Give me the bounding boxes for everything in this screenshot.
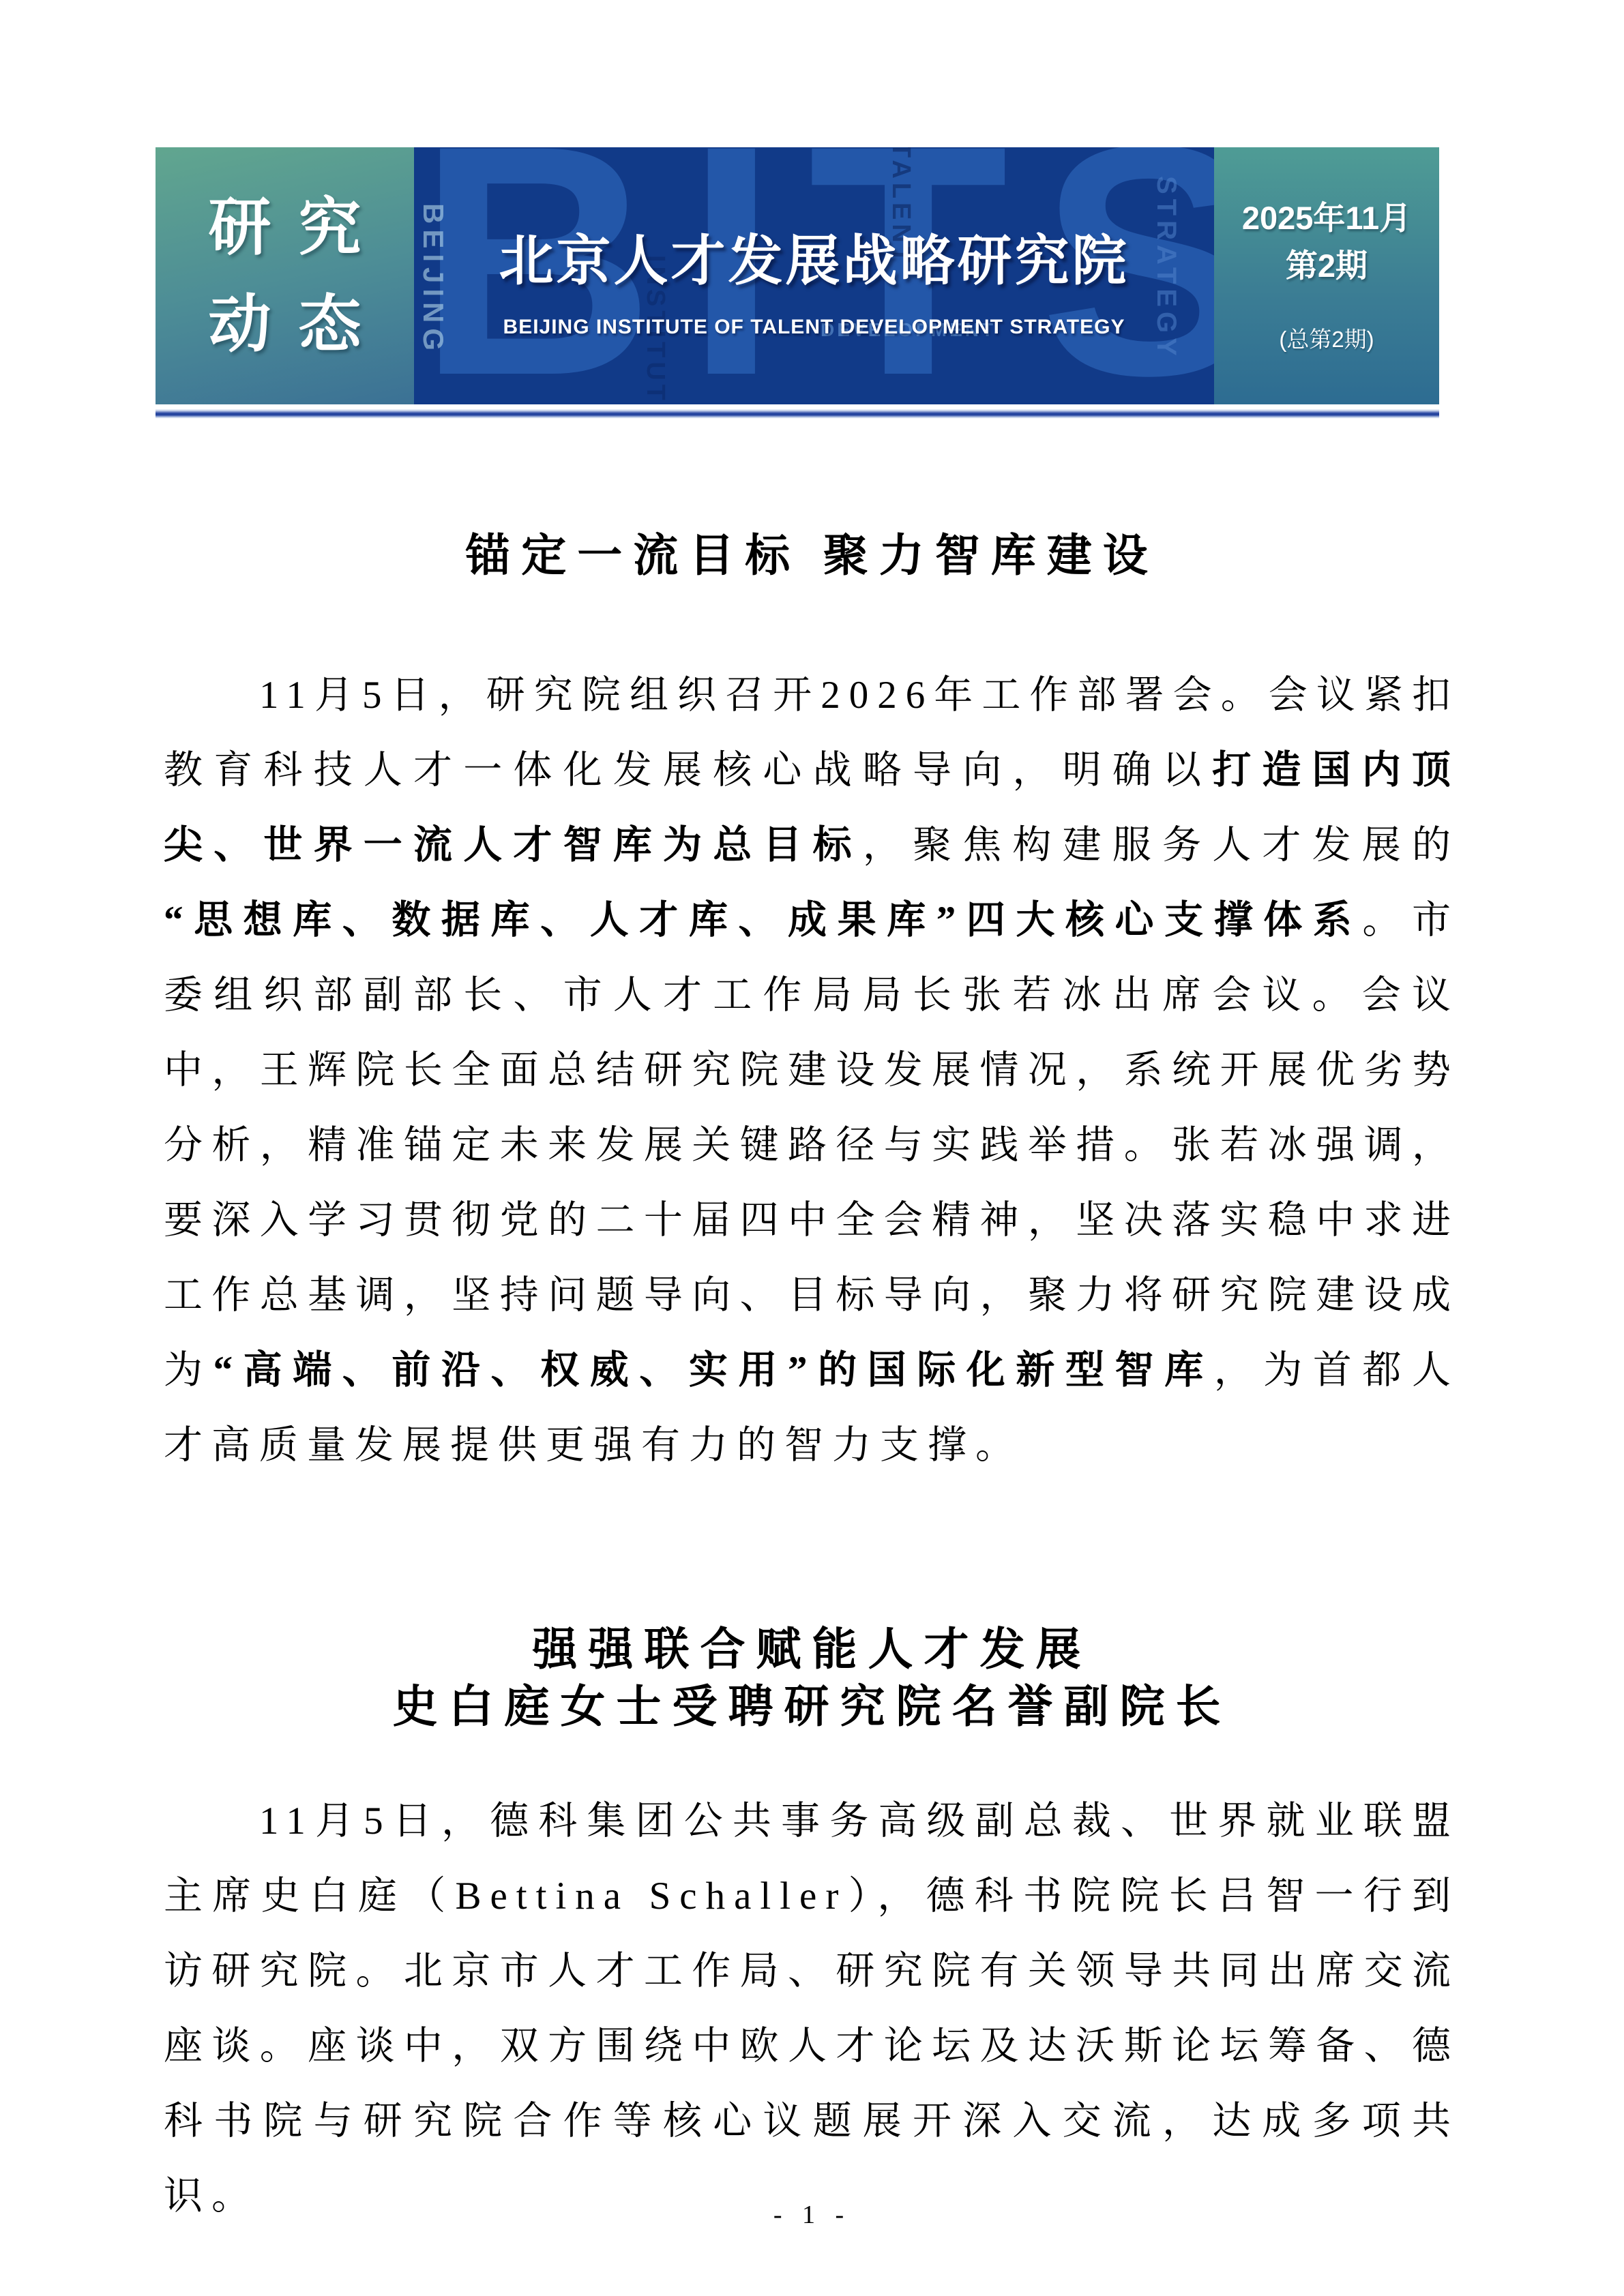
masthead-block: 研究 动态 [156, 147, 414, 404]
article1-paragraph: 11月5日，研究院组织召开2026年工作部署会。会议紧扣教育科技人才一体化发展核… [164, 658, 1460, 1483]
text-run: ，聚焦构建服务人才发展的 [863, 824, 1460, 867]
page-number: - 1 - [0, 2200, 1624, 2230]
article2-title-line1: 强强联合赋能人才发展 [533, 1625, 1092, 1675]
article2-title: 强强联合赋能人才发展史白庭女士受聘研究院名誉副院长 [0, 1622, 1624, 1736]
institute-banner: BITS BEIJING INSTITUTE TALENT STRATEGY D… [414, 147, 1214, 404]
issue-total-number: (总第2期) [1279, 322, 1374, 354]
article2-title-line2: 史白庭女士受聘研究院名誉副院长 [393, 1682, 1232, 1732]
masthead-line-1: 研究 [181, 179, 388, 276]
masthead-line-2: 动态 [181, 276, 388, 373]
newsletter-page: { "header": { "masthead": { "line1": "研究… [0, 0, 1624, 2296]
masthead-header: 研究 动态 BITS BEIJING INSTITUTE TALENT STRA… [156, 147, 1439, 404]
strategy-vertical-watermark: STRATEGY [1151, 176, 1181, 361]
bold-text-run: “思想库、数据库、人才库、成果库”四大核心支撑体系 [164, 899, 1362, 942]
issue-date: 2025年11月 [1242, 198, 1411, 239]
bold-text-run: “高端、前沿、权威、实用”的国际化新型智库 [213, 1349, 1214, 1392]
text-run: 。市委组织部副部长、市人才工作局局长张若冰出席会议。会议中，王辉院长全面总结研究… [164, 899, 1460, 1392]
header-divider-stripe [156, 409, 1439, 419]
issue-number: 第2期 [1286, 245, 1368, 286]
article1-title: 锚定一流目标 聚力智库建设 [0, 529, 1624, 584]
beijing-vertical-watermark: BEIJING [417, 203, 449, 356]
article2-paragraph: 11月5日，德科集团公共事务高级副总裁、世界就业联盟主席史白庭（Bettina … [164, 1784, 1460, 2234]
text-run: 11月5日，德科集团公共事务高级副总裁、世界就业联盟主席史白庭（Bettina … [164, 1800, 1460, 2218]
issue-info-block: 2025年11月 第2期 (总第2期) [1214, 147, 1439, 404]
institute-title-cn: 北京人才发展战略研究院 [499, 231, 1130, 291]
institute-title-en: BEIJING INSTITUTE OF TALENT DEVELOPMENT … [503, 316, 1125, 339]
